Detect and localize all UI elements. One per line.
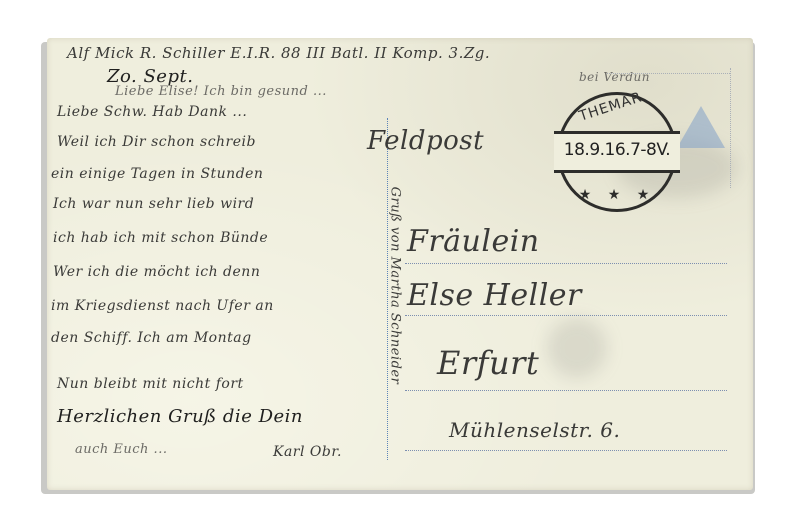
address-line (405, 315, 727, 316)
postmark-stars-icon: ★ ★ ★ (560, 187, 674, 203)
message-line: im Kriegsdienst nach Ufer an (51, 298, 274, 314)
address-line (405, 390, 727, 391)
message-line: Nun bleibt mit nicht fort (57, 376, 244, 392)
message-line: Weil ich Dir schon schreib (57, 134, 256, 150)
address-line (405, 450, 727, 451)
recipient-name: Else Heller (407, 278, 582, 313)
recipient-city: Erfurt (437, 344, 539, 382)
message-line: Liebe Schw. Hab Dank ... (57, 104, 247, 120)
signature: Karl Obr. (273, 444, 342, 460)
message-line: Ich war nun sehr lieb wird (53, 196, 254, 212)
message-line: Herzlichen Gruß die Dein (57, 406, 303, 427)
message-line: Wer ich die möcht ich denn (53, 264, 260, 280)
sender-header: Alf Mick R. Schiller E.I.R. 88 III Batl.… (67, 44, 490, 62)
postmark: THEMAR 18.9.16.7-8V. ★ ★ ★ (557, 92, 677, 212)
message-line: Liebe Elise! Ich bin gesund ... (115, 84, 327, 99)
stamp-box-border (607, 73, 730, 74)
feldpost-heading: Feldpost (367, 126, 484, 156)
message-line: den Schiff. Ich am Montag (51, 330, 252, 346)
postmark-city: THEMAR (577, 89, 644, 124)
margin-vertical-text: Gruß von Martha Schneider (388, 176, 403, 396)
postcard: Alf Mick R. Schiller E.I.R. 88 III Batl.… (47, 38, 753, 490)
stamp-triangle-icon (677, 106, 725, 148)
message-line: ein einige Tagen in Stunden (51, 166, 263, 182)
smudge (547, 318, 607, 378)
message-line: ich hab ich mit schon Bünde (53, 230, 268, 246)
stamp-box-border (730, 68, 731, 188)
message-line: auch Euch ... (75, 442, 167, 457)
recipient-title: Fräulein (407, 224, 540, 259)
recipient-street: Mühlenselstr. 6. (449, 418, 620, 442)
postmark-band: 18.9.16.7-8V. (554, 131, 680, 173)
divider-line (387, 118, 388, 460)
postmark-date: 18.9.16.7-8V. (554, 140, 680, 160)
address-line (405, 263, 727, 264)
